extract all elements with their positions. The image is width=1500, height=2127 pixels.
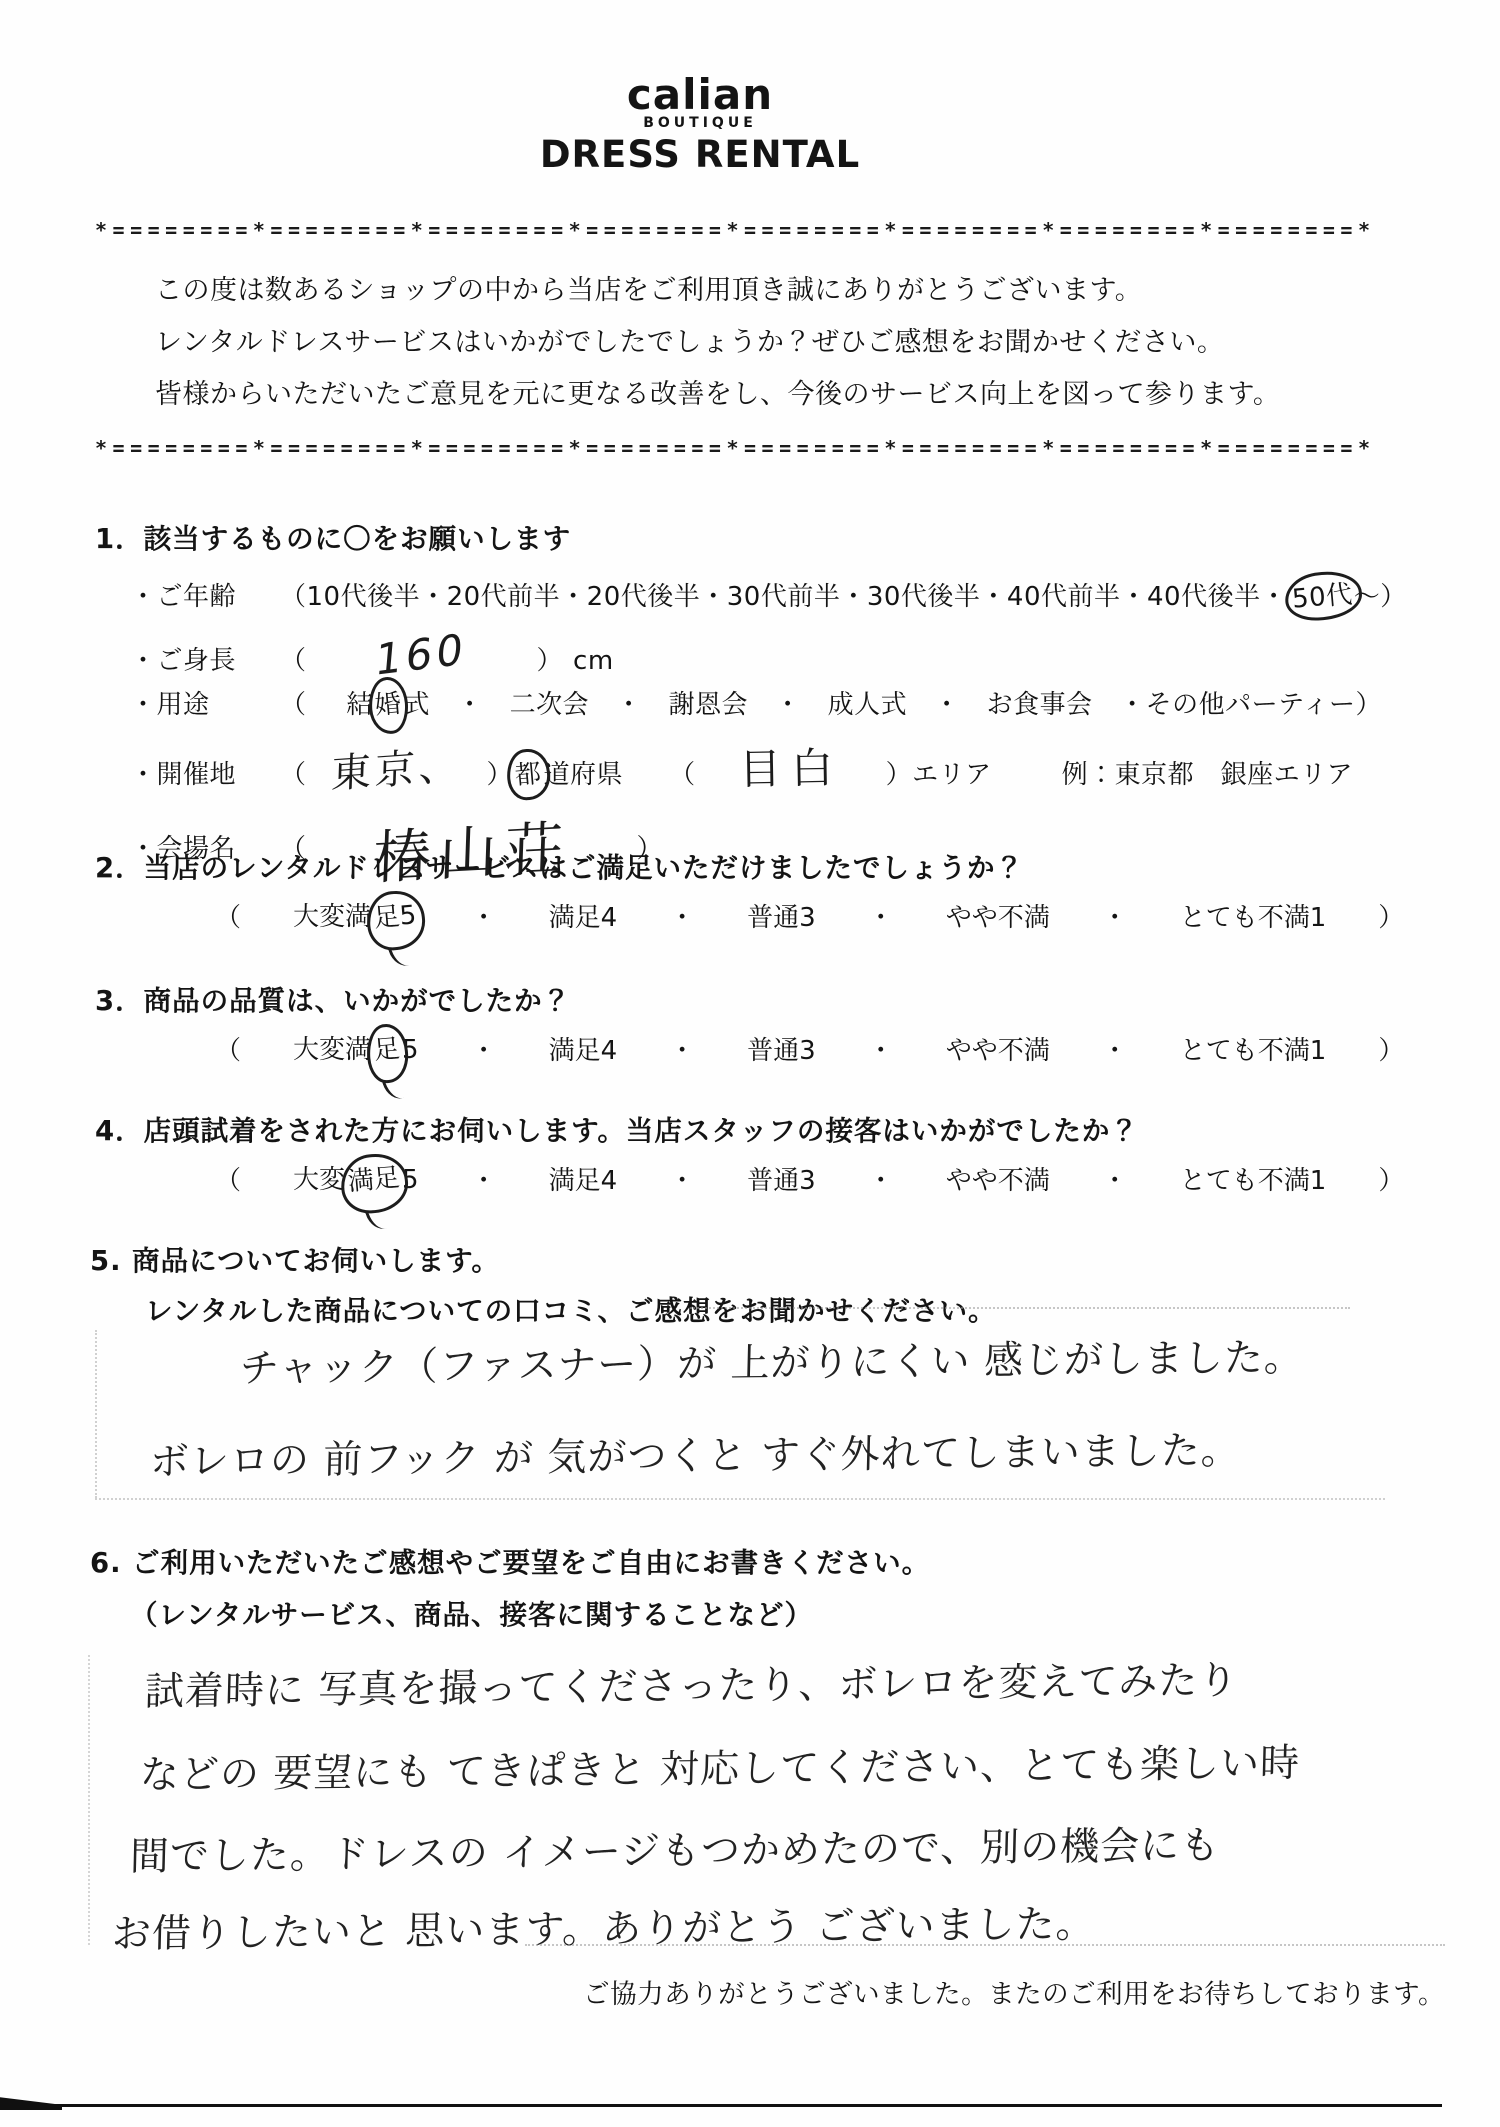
footer-thanks-text: ご協力ありがとうございました。またのご利用をお待ちしております。 — [583, 1972, 1445, 2011]
q1-height-row: ・ご身長（160）cm — [130, 630, 614, 679]
close-paren: ） — [1378, 1160, 1404, 1197]
q4-rating-scale: （ 大変満足5 ・ 満足4 ・ 普通3 ・ やや不満 ・ とても不満1 ） — [215, 1158, 1404, 1199]
scan-artifact-dotted-line — [88, 1655, 90, 1945]
q1-age-label: ・ご年齢 — [130, 576, 280, 613]
dot-separator: ・ — [868, 897, 894, 934]
q1-height-value-handwritten: 160 — [374, 624, 470, 685]
questionnaire-scan-page: calian BOUTIQUE DRESS RENTAL *========*=… — [0, 0, 1500, 2127]
q2-option-5: とても不満1 — [1180, 897, 1327, 934]
q1-prefecture-type-selected: 都 — [514, 759, 543, 791]
q6-answer-line-3-handwritten: 間でした。ドレスの イメージもつかめたので、別の機会にも — [129, 1814, 1221, 1881]
intro-line-3: 皆様からいただいたご意見を元に更なる改善をし、今後のサービス向上を図って参ります… — [155, 372, 1280, 411]
q1-age-row: ・ご年齢（10代後半・20代前半・20代後半・30代前半・30代後半・40代前半… — [130, 576, 1407, 616]
q6-subheading: （レンタルサービス、商品、接客に関することなど） — [130, 1592, 813, 1632]
q1-height-unit: cm — [573, 646, 614, 676]
scan-artifact-dotted-line — [525, 1944, 1445, 1946]
handwritten-circle-age: 50代 — [1283, 569, 1363, 623]
q2-option-1: 大変満足5 — [293, 895, 419, 936]
open-paren: （ — [280, 760, 307, 790]
q3-rating-scale: （ 大変満足5 ・ 満足4 ・ 普通3 ・ やや不満 ・ とても不満1 ） — [215, 1028, 1404, 1069]
scan-artifact-dotted-line — [95, 1498, 1385, 1500]
q5-answer-line-2-handwritten: ボレロの 前フック が 気がつくと すぐ外れてしまいました。 — [149, 1419, 1241, 1486]
scan-edge-artifact — [0, 2104, 1442, 2107]
q4-option-1: 大変満足5 — [293, 1158, 419, 1199]
q4-option-4: やや不満 — [946, 1160, 1050, 1197]
q1-prefecture-type-rest: 道府県 — [544, 760, 624, 790]
dot-separator: ・ — [1102, 1160, 1128, 1197]
q2-option-3: 普通3 — [747, 897, 816, 934]
open-paren: （ — [215, 1030, 241, 1067]
q3-heading: 3．商品の品質は、いかがでしたか？ — [95, 978, 571, 1018]
handwritten-circle-q2: 足5 — [365, 889, 427, 953]
q6-answer-line-1-handwritten: 試着時に 写真を撮ってくださったり、ボレロを変えてみたり — [144, 1649, 1239, 1716]
close-paren: ） — [1378, 897, 1404, 934]
close-paren: ） — [1378, 1030, 1404, 1067]
q1-area-value-handwritten: 目白 — [738, 735, 843, 797]
q1-age-selected: 50代 — [1291, 579, 1354, 614]
scan-edge-artifact — [0, 2094, 62, 2110]
handwritten-circle-q4: 満足 — [339, 1151, 411, 1216]
dot-separator: ・ — [1102, 897, 1128, 934]
dot-separator: ・ — [669, 1160, 695, 1197]
q3-option-4: やや不満 — [946, 1030, 1050, 1067]
q4-option-2: 満足4 — [549, 1160, 618, 1197]
q1-location-label: ・開催地 — [130, 754, 280, 791]
q1-heading: 1．該当するものに〇をお願いします — [95, 516, 571, 556]
q1-purpose-row: ・用途（結婚式 ・ 二次会 ・ 謝恩会 ・ 成人式 ・ お食事会 ・その他パーテ… — [130, 683, 1382, 724]
dot-separator: ・ — [868, 1030, 894, 1067]
logo-block: calian BOUTIQUE DRESS RENTAL — [0, 70, 1400, 176]
q3-option-1: 大変満足5 — [293, 1028, 419, 1069]
q2-option-2: 満足4 — [549, 897, 618, 934]
q6-heading: 6. ご利用いただいたご感想やご要望をご自由にお書きください。 — [90, 1540, 930, 1580]
q1-age-options: （10代後半・20代前半・20代後半・30代前半・30代後半・40代前半・40代… — [280, 582, 1287, 612]
q4-heading: 4．店頭試着をされた方にお伺いします。当店スタッフの接客はいかがでしたか？ — [95, 1108, 1139, 1148]
form-title: DRESS RENTAL — [0, 133, 1400, 176]
q4-option-3: 普通3 — [747, 1160, 816, 1197]
brand-subtitle: BOUTIQUE — [0, 115, 1400, 131]
dot-separator: ・ — [669, 1030, 695, 1067]
q6-answer-line-2-handwritten: などの 要望にも てきぱきと 対応してください、とても楽しい時 — [139, 1732, 1301, 1800]
open-paren: （ — [215, 1160, 241, 1197]
q3-option-3: 普通3 — [747, 1030, 816, 1067]
intro-line-1: この度は数あるショップの中から当店をご利用頂き誠にありがとうございます。 — [155, 268, 1142, 307]
handwritten-circle-purpose: 婚 — [367, 675, 410, 735]
scan-artifact-dotted-line — [95, 1330, 97, 1498]
q2-heading: 2．当店のレンタルドレスサービスはご満足いただけましたでしょうか？ — [95, 845, 1024, 885]
dot-separator: ・ — [471, 897, 497, 934]
open-paren: （ — [669, 760, 696, 790]
separator-line-bottom: *========*========*========*========*===… — [95, 436, 1376, 460]
q4-option-5: とても不満1 — [1180, 1160, 1327, 1197]
q4-option-1-pre: 大変 — [293, 1165, 345, 1195]
q4-selected: 満足 — [347, 1163, 401, 1197]
separator-line-top: *========*========*========*========*===… — [95, 218, 1376, 242]
q2-option-4: やや不満 — [946, 897, 1050, 934]
dot-separator: ・ — [471, 1160, 497, 1197]
q3-option-2: 満足4 — [549, 1030, 618, 1067]
q3-selected: 足 — [372, 1034, 401, 1066]
handwritten-circle-q3: 足 — [365, 1022, 411, 1084]
dot-separator: ・ — [1102, 1030, 1128, 1067]
open-paren: （ — [280, 646, 307, 676]
q3-option-5: とても不満1 — [1180, 1030, 1327, 1067]
q1-purpose-selected: 婚 — [374, 689, 403, 721]
q3-option-1-pre: 大変満 — [293, 1035, 371, 1065]
scan-artifact-dotted-line — [690, 1307, 1350, 1309]
intro-line-2: レンタルドレスサービスはいかがでしたでしょうか？ぜひご感想をお聞かせください。 — [155, 320, 1224, 359]
q1-area-suffix: エリア — [912, 760, 992, 790]
open-paren: （ — [215, 897, 241, 934]
dot-separator: ・ — [868, 1160, 894, 1197]
brand-name: calian — [0, 70, 1400, 119]
q1-purpose-label: ・用途 — [130, 684, 280, 721]
q1-location-row: ・開催地（東京、）都道府県（目白）エリア例：東京都 銀座エリア — [130, 736, 1353, 796]
q1-location-example: 例：東京都 銀座エリア — [1062, 760, 1354, 790]
dot-separator: ・ — [669, 897, 695, 934]
q6-answer-line-4-handwritten: お借りしたいと 思います。ありがとう ございました。 — [111, 1893, 1096, 1959]
open-paren: （ — [280, 690, 307, 720]
q1-purpose-options: ・ 二次会 ・ 謝恩会 ・ 成人式 ・ お食事会 ・その他パーティー） — [430, 690, 1382, 720]
q2-selected: 足5 — [373, 900, 418, 934]
q5-heading: 5. 商品についてお伺いします。 — [90, 1238, 500, 1278]
q5-answer-line-1-handwritten: チャック（ファスナー）が 上がりにくい 感じがしました。 — [239, 1326, 1304, 1393]
close-paren: ） — [886, 760, 913, 790]
close-paren: ） — [537, 646, 564, 676]
q2-option-1-pre: 大変満 — [293, 902, 371, 932]
q1-height-label: ・ご身長 — [130, 640, 280, 677]
dot-separator: ・ — [471, 1030, 497, 1067]
q2-rating-scale: （ 大変満足5 ・ 満足4 ・ 普通3 ・ やや不満 ・ とても不満1 ） — [215, 895, 1404, 936]
